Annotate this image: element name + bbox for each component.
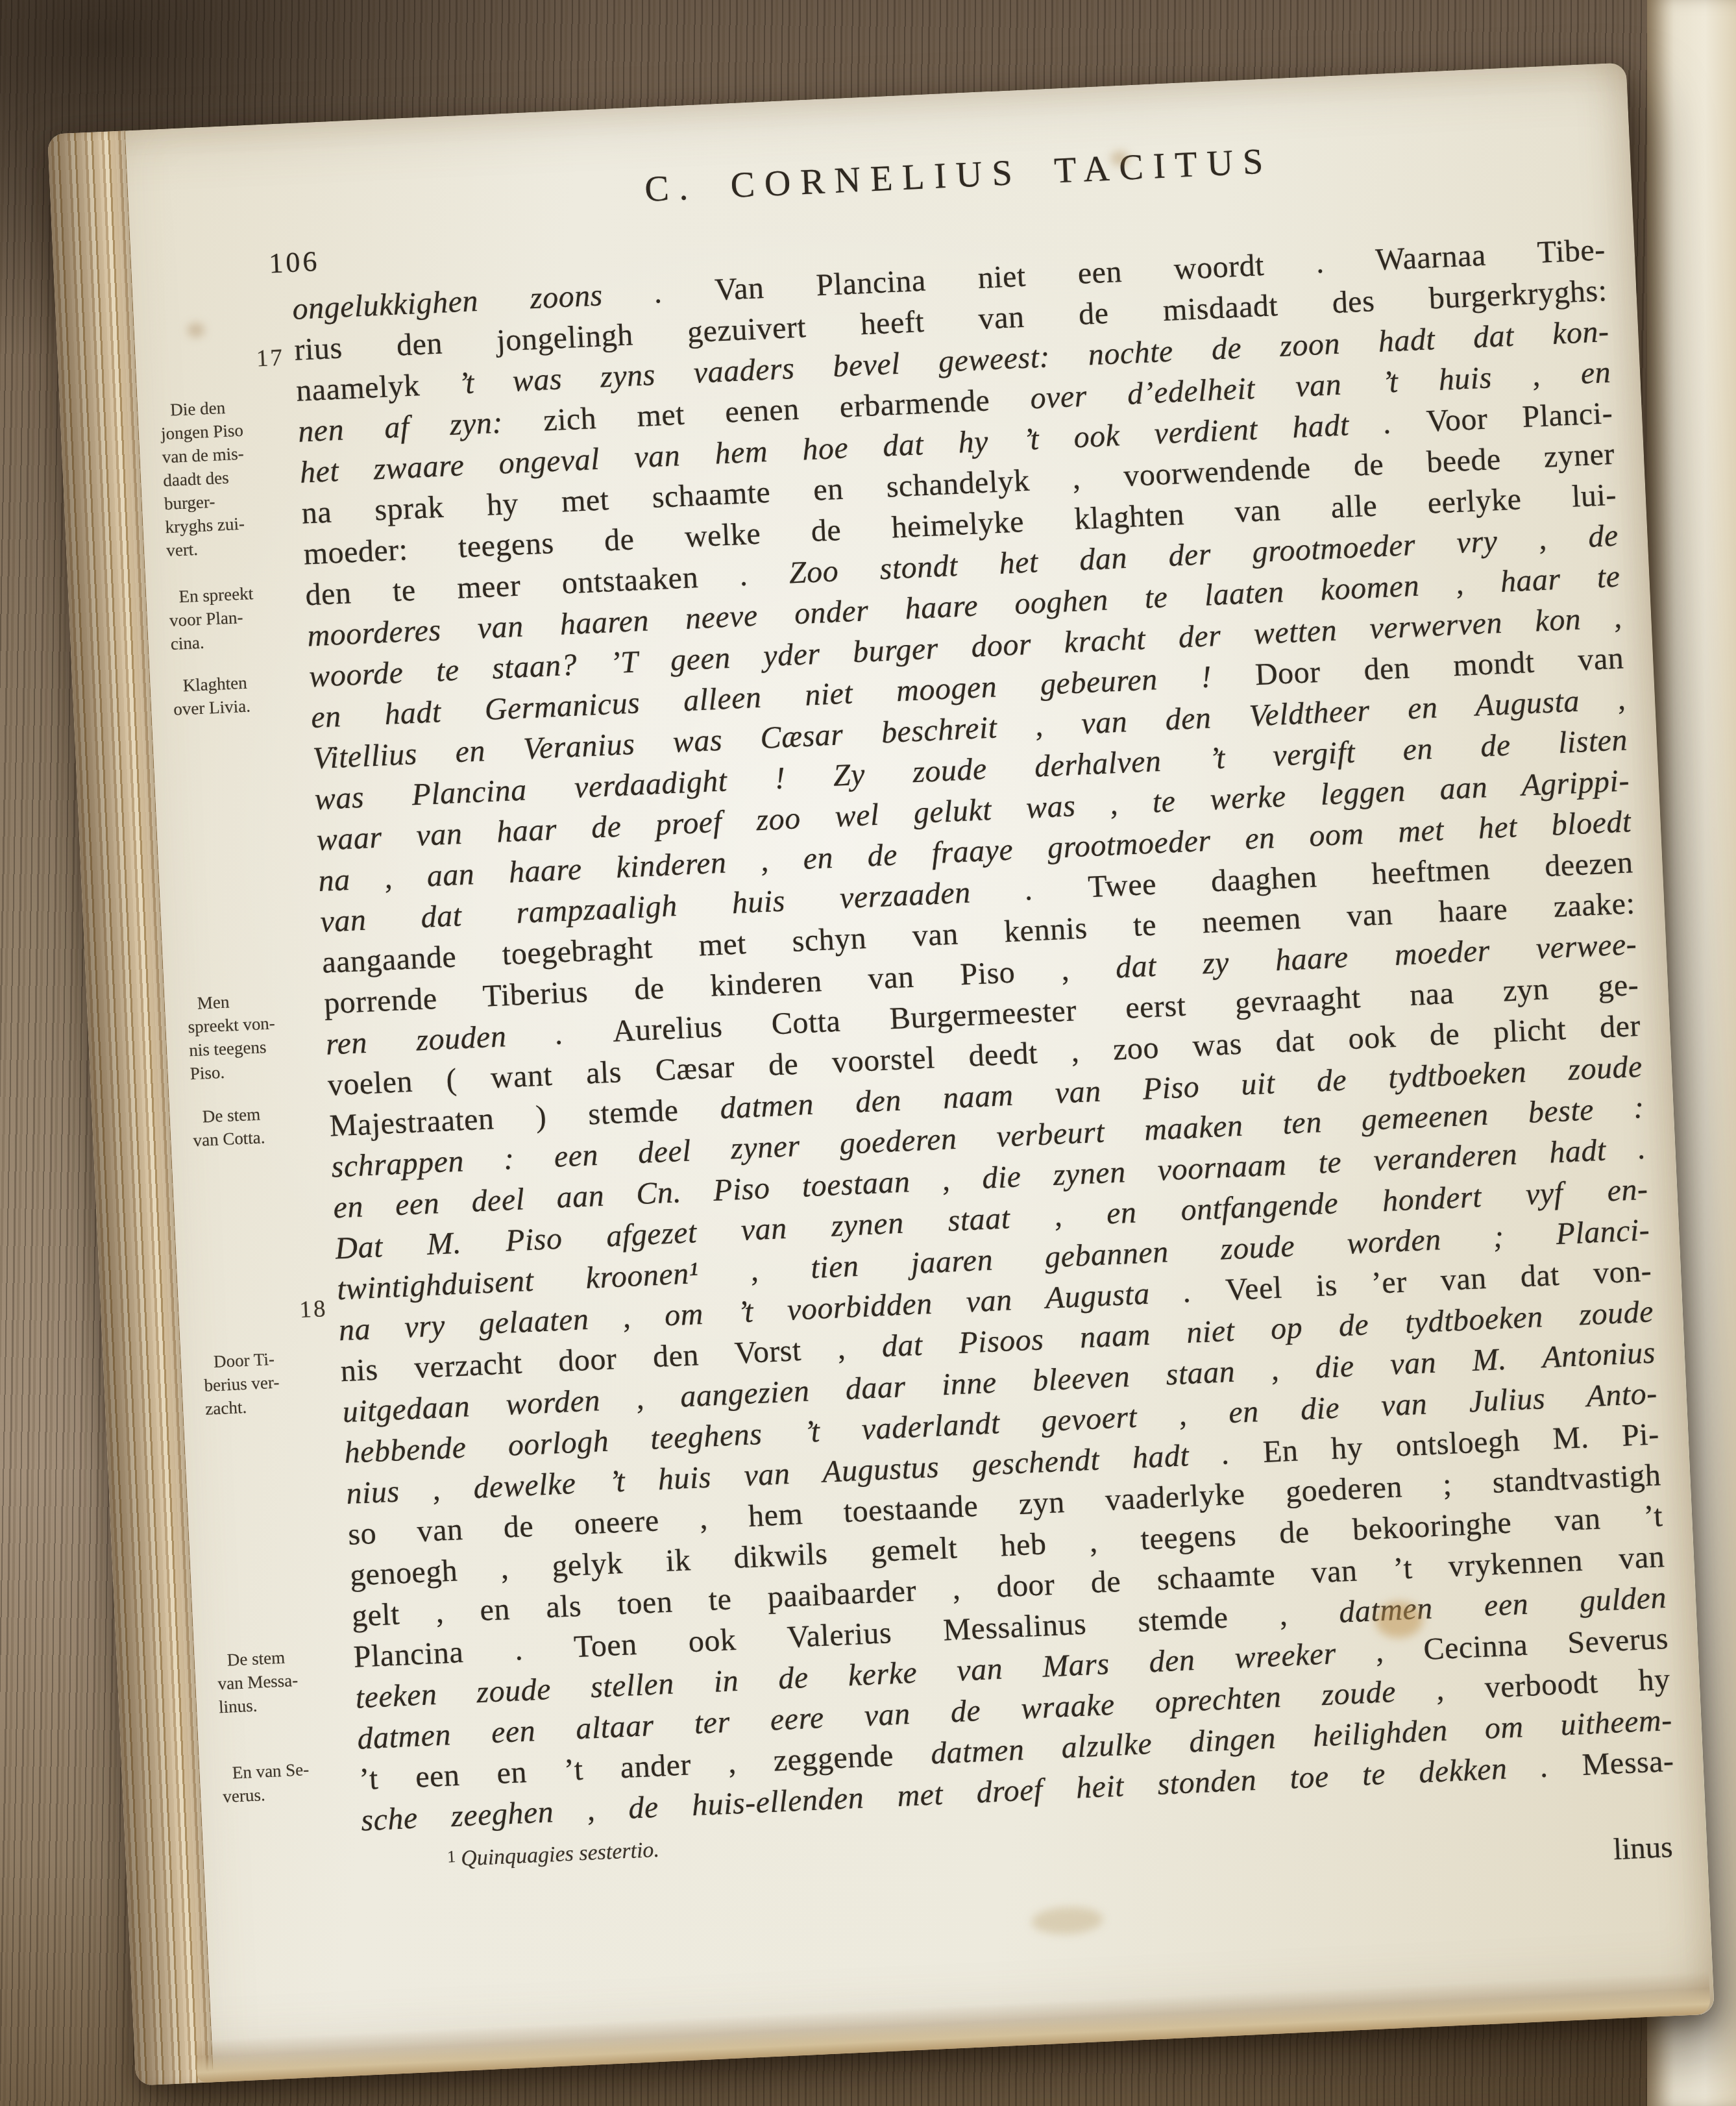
margin-note: De stemvan Cotta. [191,1099,326,1152]
section-number: 18 [299,1297,328,1322]
text-segment-roman: Messa- [1582,1744,1675,1782]
margin-note: Door Ti-berius ver-zacht. [202,1345,339,1421]
page-number: 106 [268,245,320,280]
text-segment-roman: Voor Planci- [1426,396,1613,439]
footnote-text: Quinquagies sestertio. [460,1838,659,1871]
margin-note: En van Se-verus. [221,1756,356,1808]
photo-scene: C. CORNELIUS TACITUS 106 17Die denjongen… [0,0,1736,2106]
margin-note: Menspreekt von-nis teegensPiso. [186,986,323,1085]
running-title: C. CORNELIUS TACITUS [316,125,1602,225]
book-page: C. CORNELIUS TACITUS 106 17Die denjongen… [147,125,1683,2029]
footnote-marker: 1 [446,1847,456,1867]
text-block: 17Die denjongen Pisovan de mis-daadt des… [152,229,1674,1847]
text-segment-roman: naamelyk [295,366,459,408]
catchword: linus [1613,1830,1674,1867]
margin-note: Die denjongen Pisovan de mis-daadt desbu… [160,393,300,562]
margin-note: De stemvan Messa-linus. [216,1643,352,1719]
section-number: 17 [256,347,285,371]
book: C. CORNELIUS TACITUS 106 17Die denjongen… [47,62,1715,2085]
margin-note: Klaghtenover Livia. [172,668,307,721]
body-text: ongelukkighen zoons . Van Plancina niet … [291,229,1675,1841]
margin-note: En spreektvoor Plan-cina. [168,580,304,655]
text-segment-roman: verboodt hy [1484,1662,1671,1705]
